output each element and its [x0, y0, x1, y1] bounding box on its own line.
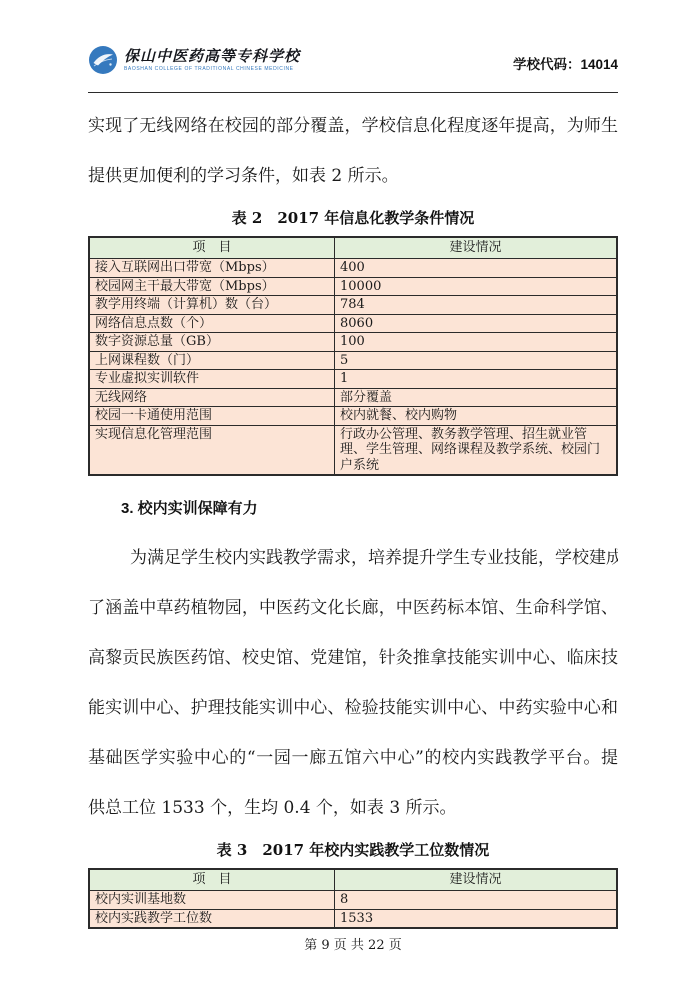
column-header-value: 建设情况 — [335, 237, 617, 259]
item-cell: 校园网主干最大带宽（Mbps） — [89, 277, 335, 296]
page-number: 第 9 页 共 22 页 — [88, 937, 618, 955]
school-emblem-icon — [88, 45, 118, 75]
value-cell: 10000 — [335, 277, 617, 296]
value-cell: 校内就餐、校内购物 — [335, 407, 617, 426]
paragraph-line: 了涵盖中草药植物园，中医药文化长廊，中医药标本馆、生命科学馆、 — [88, 583, 618, 633]
value-cell: 行政办公管理、教务教学管理、招生就业管理、学生管理、网络课程及教学系统、校园门户… — [335, 425, 617, 475]
paragraph-line: 提供更加便利的学习条件，如表 2 所示。 — [88, 151, 618, 201]
header-rule — [88, 92, 618, 93]
item-cell: 校内实训基地数 — [89, 891, 335, 910]
page-header: 保山中医药高等专科学校 BAOSHAN COLLEGE OF TRADITION… — [88, 45, 618, 79]
item-cell: 教学用终端（计算机）数（台） — [89, 296, 335, 315]
table2: 项 目 建设情况 接入互联网出口带宽（Mbps）400 校园网主干最大带宽（Mb… — [88, 236, 618, 476]
school-code: 学校代码：14014 — [513, 53, 618, 73]
table3-title: 表 3 2017 年校内实践教学工位数情况 — [88, 837, 618, 863]
school-name-block: 保山中医药高等专科学校 BAOSHAN COLLEGE OF TRADITION… — [124, 48, 300, 72]
table-row: 无线网络部分覆盖 — [89, 388, 617, 407]
document-page: 保山中医药高等专科学校 BAOSHAN COLLEGE OF TRADITION… — [0, 0, 700, 955]
paragraph-line: 高黎贡民族医药馆、校史馆、党建馆，针灸推拿技能实训中心、临床技 — [88, 633, 618, 683]
paragraph-line: 供总工位 1533 个，生均 0.4 个，如表 3 所示。 — [88, 783, 618, 833]
column-header-item: 项 目 — [89, 869, 335, 891]
table-row: 校内实践教学工位数1533 — [89, 909, 617, 928]
intro-paragraph: 实现了无线网络在校园的部分覆盖，学校信息化程度逐年提高，为师生 提供更加便利的学… — [88, 101, 618, 201]
table-row: 上网课程数（门）5 — [89, 351, 617, 370]
table-row: 校园网主干最大带宽（Mbps）10000 — [89, 277, 617, 296]
item-cell: 校园一卡通使用范围 — [89, 407, 335, 426]
paragraph-line: 为满足学生校内实践教学需求，培养提升学生专业技能，学校建成 — [88, 533, 618, 583]
section3-paragraph: 为满足学生校内实践教学需求，培养提升学生专业技能，学校建成 了涵盖中草药植物园，… — [88, 533, 618, 833]
table3: 项 目 建设情况 校内实训基地数8 校内实践教学工位数1533 — [88, 868, 618, 929]
value-cell: 1 — [335, 370, 617, 389]
table-row: 网络信息点数（个）8060 — [89, 314, 617, 333]
item-cell: 无线网络 — [89, 388, 335, 407]
table-row: 校园一卡通使用范围校内就餐、校内购物 — [89, 407, 617, 426]
column-header-value: 建设情况 — [335, 869, 617, 891]
school-name-cn: 保山中医药高等专科学校 — [124, 48, 300, 65]
item-cell: 网络信息点数（个） — [89, 314, 335, 333]
value-cell: 5 — [335, 351, 617, 370]
value-cell: 8 — [335, 891, 617, 910]
table-row: 数字资源总量（GB）100 — [89, 333, 617, 352]
table-row: 教学用终端（计算机）数（台）784 — [89, 296, 617, 315]
paragraph-line: 基础医学实验中心的“一园一廊五馆六中心”的校内实践教学平台。提 — [88, 733, 618, 783]
table-row: 实现信息化管理范围行政办公管理、教务教学管理、招生就业管理、学生管理、网络课程及… — [89, 425, 617, 475]
item-cell: 实现信息化管理范围 — [89, 425, 335, 475]
column-header-item: 项 目 — [89, 237, 335, 259]
table-row: 校内实训基地数8 — [89, 891, 617, 910]
section3-heading: 3. 校内实训保障有力 — [88, 498, 618, 519]
school-code-label: 学校代码： — [513, 57, 581, 72]
value-cell: 8060 — [335, 314, 617, 333]
item-cell: 接入互联网出口带宽（Mbps） — [89, 259, 335, 278]
school-logo: 保山中医药高等专科学校 BAOSHAN COLLEGE OF TRADITION… — [88, 45, 300, 75]
table-row: 接入互联网出口带宽（Mbps）400 — [89, 259, 617, 278]
value-cell: 400 — [335, 259, 617, 278]
table-header-row: 项 目 建设情况 — [89, 237, 617, 259]
table-header-row: 项 目 建设情况 — [89, 869, 617, 891]
item-cell: 上网课程数（门） — [89, 351, 335, 370]
item-cell: 校内实践教学工位数 — [89, 909, 335, 928]
item-cell: 专业虚拟实训软件 — [89, 370, 335, 389]
value-cell: 部分覆盖 — [335, 388, 617, 407]
paragraph-line: 能实训中心、护理技能实训中心、检验技能实训中心、中药实验中心和 — [88, 683, 618, 733]
value-cell: 100 — [335, 333, 617, 352]
value-cell: 784 — [335, 296, 617, 315]
table-row: 专业虚拟实训软件1 — [89, 370, 617, 389]
table2-title: 表 2 2017 年信息化教学条件情况 — [88, 205, 618, 231]
paragraph-line: 实现了无线网络在校园的部分覆盖，学校信息化程度逐年提高，为师生 — [88, 101, 618, 151]
school-code-value: 14014 — [580, 57, 618, 72]
item-cell: 数字资源总量（GB） — [89, 333, 335, 352]
value-cell: 1533 — [335, 909, 617, 928]
school-name-en: BAOSHAN COLLEGE OF TRADITIONAL CHINESE M… — [124, 67, 300, 73]
